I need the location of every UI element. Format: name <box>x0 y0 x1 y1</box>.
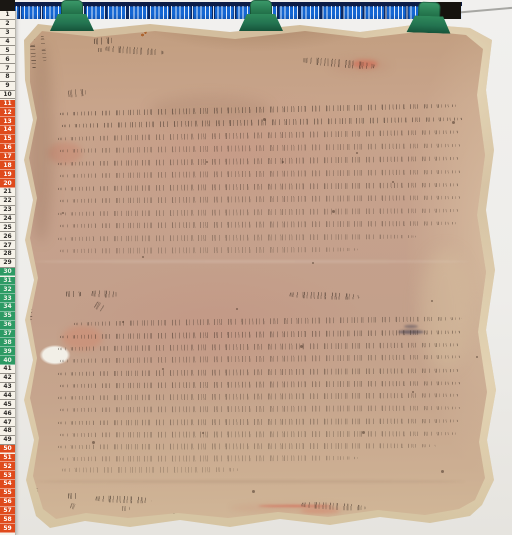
paper-speck <box>452 121 455 124</box>
script-mark <box>66 88 87 98</box>
ruler-segment-2: 2 <box>0 20 15 29</box>
stain <box>30 260 470 263</box>
binder-clip-right <box>406 1 451 35</box>
ruler-segment-3: 3 <box>0 29 15 38</box>
ruler-segment-55: 55 <box>0 489 15 498</box>
ruler-segment-57: 57 <box>0 507 15 516</box>
binder-clip-middle <box>239 0 283 32</box>
ruler-segment-37: 37 <box>0 330 15 339</box>
ruler-segment-13: 13 <box>0 117 15 126</box>
paper-speck <box>263 118 266 121</box>
clip-base <box>50 14 94 31</box>
ruler-segment-23: 23 <box>0 206 15 215</box>
script-line <box>56 392 462 401</box>
ruler-segment-40: 40 <box>0 356 15 365</box>
ruler-segment-9: 9 <box>0 82 15 91</box>
paper-speck <box>206 161 208 163</box>
script-header <box>94 495 152 504</box>
ruler-segment-52: 52 <box>0 462 15 471</box>
script-line <box>56 129 464 142</box>
paper-speck <box>476 356 478 358</box>
ruler-segment-59: 59 <box>0 524 15 533</box>
script-line <box>58 246 358 254</box>
ruler-segment-39: 39 <box>0 347 15 356</box>
ruler-segment-10: 10 <box>0 91 15 100</box>
paper-speck <box>282 161 284 163</box>
script-header <box>288 291 360 301</box>
binder-clip-left <box>50 0 94 32</box>
ruler-segment-28: 28 <box>0 250 15 259</box>
script-mark <box>68 502 78 510</box>
ruler-segment-17: 17 <box>0 153 15 162</box>
script-line <box>58 169 464 179</box>
script-line <box>58 354 463 364</box>
script-line <box>58 194 462 204</box>
ruler-segment-1: 1 <box>0 11 15 20</box>
ruler-segment-48: 48 <box>0 427 15 436</box>
script-line <box>58 220 458 229</box>
ruler-segment-16: 16 <box>0 144 15 153</box>
script-line <box>58 455 358 462</box>
ruler-segment-30: 30 <box>0 268 15 277</box>
ruler-segment-33: 33 <box>0 294 15 303</box>
ruler-segment-42: 42 <box>0 374 15 383</box>
paper-speck <box>236 308 238 310</box>
ruler-segment-32: 32 <box>0 285 15 294</box>
paper-speck <box>62 212 64 214</box>
paper-speck <box>92 441 95 444</box>
script-line <box>56 342 464 352</box>
left-ruler: 1234567891011121314151617181920212223242… <box>0 11 16 535</box>
script-mark <box>92 300 106 313</box>
ruler-segment-22: 22 <box>0 197 15 206</box>
ruler-segment-5: 5 <box>0 46 15 55</box>
script-line <box>56 182 464 192</box>
ruler-segment-6: 6 <box>0 55 15 64</box>
script-mark <box>92 37 114 45</box>
script-mark <box>64 291 82 297</box>
ruler-segment-56: 56 <box>0 498 15 507</box>
manuscript-paper <box>0 0 512 535</box>
script-mark <box>66 493 80 499</box>
paper-speck <box>122 321 124 323</box>
ruler-segment-26: 26 <box>0 232 15 241</box>
ruler-segment-19: 19 <box>0 170 15 179</box>
ruler-segment-51: 51 <box>0 454 15 463</box>
ruler-segment-8: 8 <box>0 73 15 82</box>
ruler-top-cap <box>0 0 15 11</box>
ruler-segment-49: 49 <box>0 436 15 445</box>
paper-speck <box>202 432 204 434</box>
ruler-segment-58: 58 <box>0 515 15 524</box>
ruler-segment-12: 12 <box>0 108 15 117</box>
ruler-segment-34: 34 <box>0 303 15 312</box>
ruler-segment-35: 35 <box>0 312 15 321</box>
script-header <box>104 45 164 56</box>
ruler-segment-27: 27 <box>0 241 15 250</box>
ruler-segment-4: 4 <box>0 38 15 47</box>
ruler-segment-11: 11 <box>0 100 15 109</box>
paper-speck <box>312 262 314 264</box>
ruler-segment-29: 29 <box>0 259 15 268</box>
ruler-segment-14: 14 <box>0 126 15 135</box>
ruler-segment-46: 46 <box>0 409 15 418</box>
paper-speck <box>142 256 144 258</box>
ruler-segment-44: 44 <box>0 392 15 401</box>
script-mark <box>90 290 118 298</box>
stain <box>35 480 465 483</box>
stain <box>420 250 470 370</box>
ruler-segment-54: 54 <box>0 480 15 489</box>
paper-speck <box>412 391 414 393</box>
stain <box>404 325 418 328</box>
script-line <box>56 233 416 242</box>
ruler-segment-15: 15 <box>0 135 15 144</box>
script-line <box>56 418 460 426</box>
paper-speck <box>431 300 433 302</box>
paper-speck <box>362 431 365 434</box>
ruler-segment-31: 31 <box>0 277 15 286</box>
ruler-segment-45: 45 <box>0 400 15 409</box>
ruler-segment-21: 21 <box>0 188 15 197</box>
paper-speck <box>356 152 358 154</box>
paper-speck <box>162 368 164 370</box>
script-line <box>56 207 462 217</box>
ruler-segment-53: 53 <box>0 471 15 480</box>
paper-speck <box>392 181 394 183</box>
script-line <box>60 467 240 473</box>
clip-knob-icon <box>250 0 272 16</box>
clip-base <box>406 15 451 34</box>
ruler-segment-24: 24 <box>0 215 15 224</box>
paper-speck <box>332 210 335 213</box>
ruler-segment-20: 20 <box>0 179 15 188</box>
script-mark <box>120 506 130 511</box>
script-line <box>58 405 460 413</box>
clip-base <box>239 14 283 31</box>
paper-speck <box>300 345 303 348</box>
script-line <box>58 380 462 389</box>
script-line <box>56 443 436 450</box>
paper-speck <box>252 490 255 493</box>
script-line <box>56 367 464 377</box>
ruler-segment-47: 47 <box>0 418 15 427</box>
ruler-segment-36: 36 <box>0 321 15 330</box>
script-line <box>58 431 458 438</box>
ruler-segment-50: 50 <box>0 445 15 454</box>
ruler-segment-38: 38 <box>0 338 15 347</box>
script-line <box>58 329 464 340</box>
ruler-segment-43: 43 <box>0 383 15 392</box>
clip-knob-icon <box>61 0 83 16</box>
ruler-segment-41: 41 <box>0 365 15 374</box>
script-line <box>58 142 462 154</box>
paper-speck <box>441 470 444 473</box>
ruler-segment-7: 7 <box>0 64 15 73</box>
photograph-scene: 1234567891011121314151617181920212223242… <box>0 0 512 535</box>
script-line <box>56 155 464 167</box>
ruler-segment-25: 25 <box>0 223 15 232</box>
ruler-segment-18: 18 <box>0 161 15 170</box>
